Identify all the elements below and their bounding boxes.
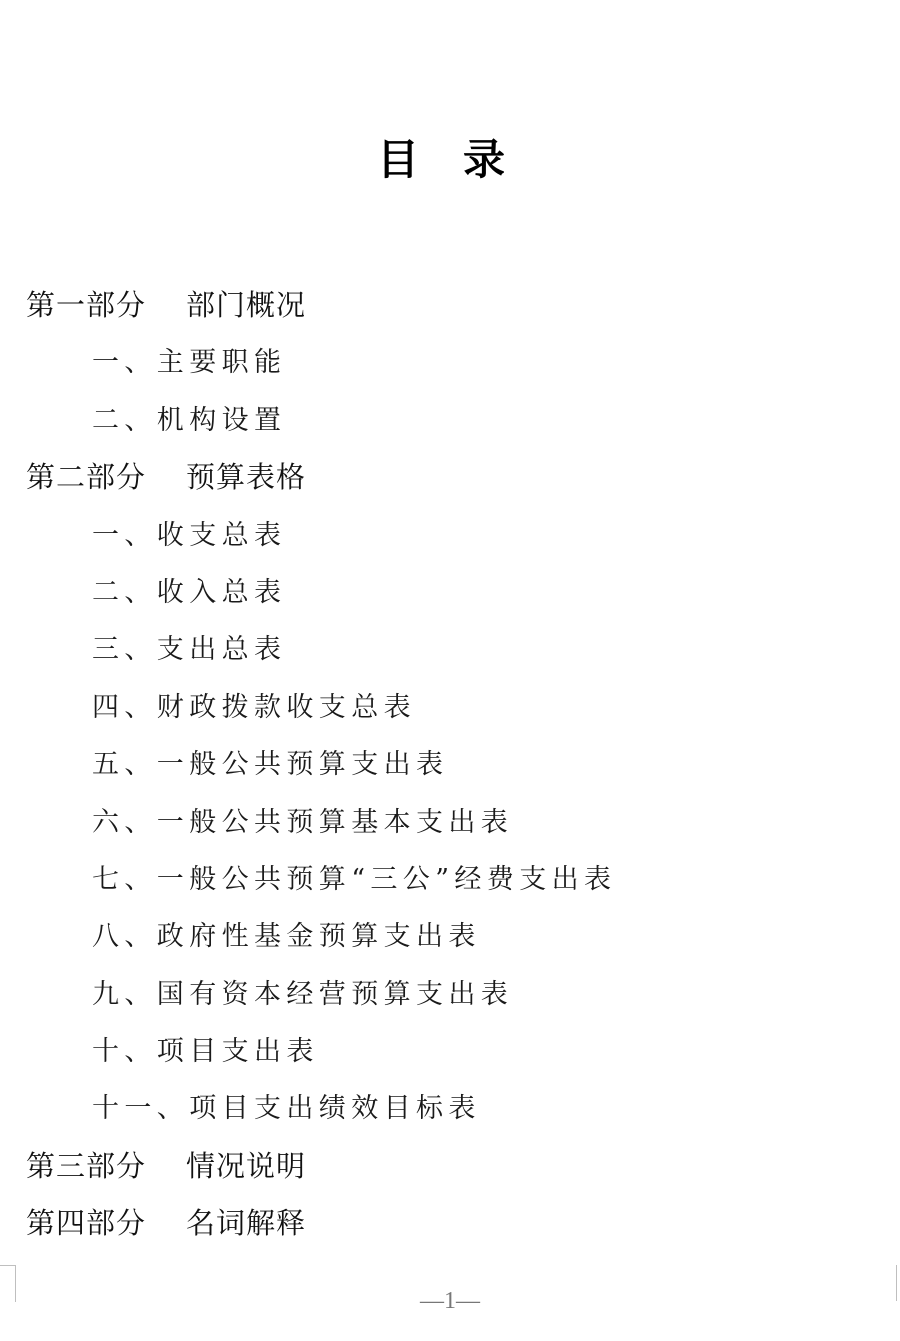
part-title: 预算表格: [186, 460, 306, 494]
part-title: 情况说明: [186, 1149, 306, 1183]
toc-item[interactable]: 二、机构设置: [0, 398, 900, 455]
toc-item[interactable]: 八、政府性基金预算支出表: [0, 914, 900, 971]
toc-part-3[interactable]: 第三部分情况说明: [0, 1144, 900, 1201]
toc-part-4[interactable]: 第四部分名词解释: [0, 1201, 900, 1258]
toc-item[interactable]: 二、收入总表: [0, 570, 900, 627]
toc-item[interactable]: 九、国有资本经营预算支出表: [0, 972, 900, 1029]
toc-item[interactable]: 十一、项目支出绩效目标表: [0, 1086, 900, 1143]
part-number: 第四部分: [26, 1201, 186, 1246]
toc-item[interactable]: 三、支出总表: [0, 627, 900, 684]
toc-item[interactable]: 五、一般公共预算支出表: [0, 742, 900, 799]
toc-item[interactable]: 一、主要职能: [0, 340, 900, 397]
page-number: —1—: [0, 1286, 900, 1316]
toc-item[interactable]: 四、财政拨款收支总表: [0, 685, 900, 742]
toc-part-2[interactable]: 第二部分预算表格: [0, 455, 900, 512]
part-number: 第三部分: [26, 1144, 186, 1189]
part-title: 名词解释: [186, 1206, 306, 1240]
toc-item[interactable]: 六、一般公共预算基本支出表: [0, 800, 900, 857]
part-number: 第二部分: [26, 455, 186, 500]
part-number: 第一部分: [26, 283, 186, 328]
toc-item[interactable]: 十、项目支出表: [0, 1029, 900, 1086]
page-title: 目录: [0, 132, 900, 188]
toc-item[interactable]: 七、一般公共预算“三公”经费支出表: [0, 857, 900, 914]
toc-part-1[interactable]: 第一部分部门概况: [0, 283, 900, 340]
table-of-contents: 第一部分部门概况 一、主要职能 二、机构设置 第二部分预算表格 一、收支总表 二…: [0, 283, 900, 1259]
toc-item[interactable]: 一、收支总表: [0, 513, 900, 570]
part-title: 部门概况: [186, 288, 306, 322]
